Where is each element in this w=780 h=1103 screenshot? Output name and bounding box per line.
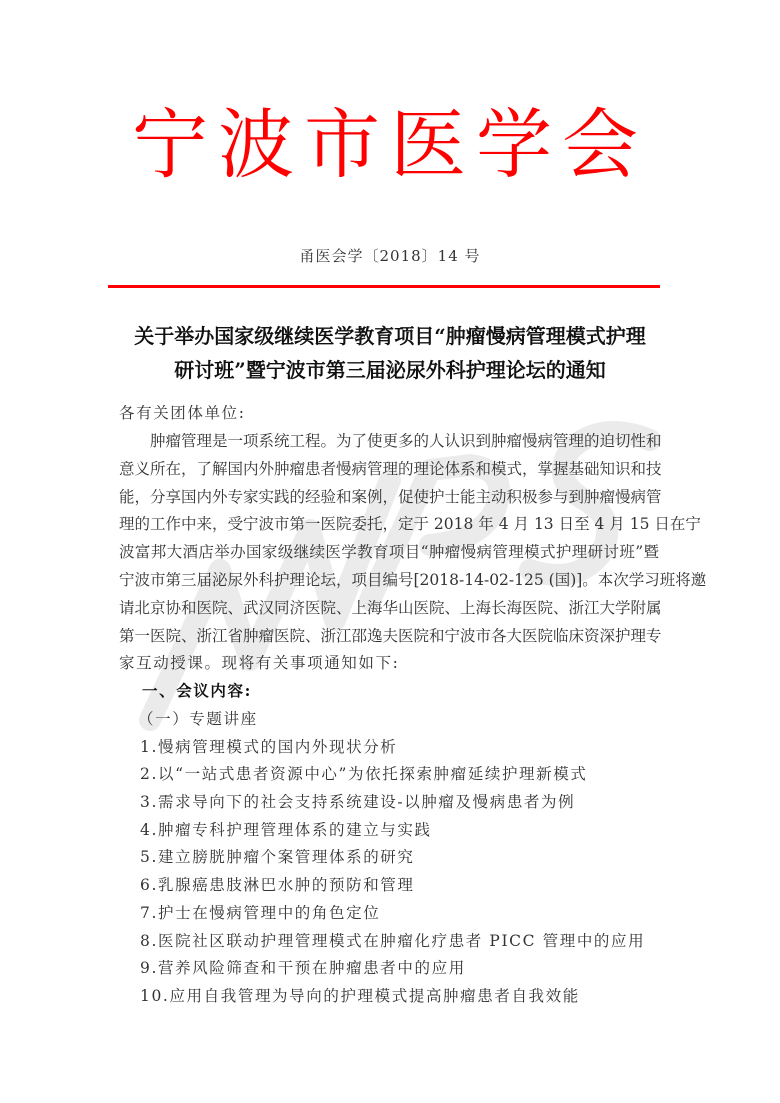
lecture-item: 9.营养风险筛查和干预在肿瘤患者中的应用 xyxy=(140,957,466,979)
notice-title-line-2: 研讨班”暨宁波市第三届泌尿外科护理论坛的通知 xyxy=(100,354,680,386)
header-divider xyxy=(108,285,660,288)
body-line: 波富邦大酒店举办国家级继续医学教育项目“肿瘤慢病管理模式护理研讨班”暨 xyxy=(119,541,659,563)
lecture-item: 4.肿瘤专科护理管理体系的建立与实践 xyxy=(140,819,432,841)
body-line: 能，分享国内外专家实践的经验和案例，促使护士能主动积极参与到肿瘤慢病管 xyxy=(119,486,659,508)
body-line: 宁波市第三届泌尿外科护理论坛，项目编号[2018-14-02-125 (国)]。… xyxy=(119,569,659,591)
body-line: 第一医院、浙江省肿瘤医院、浙江邵逸夫医院和宁波市各大医院临床资深护理专 xyxy=(119,625,659,647)
body-line: 肿瘤管理是一项系统工程。为了使更多的人认识到肿瘤慢病管理的迫切性和 xyxy=(119,430,659,452)
lecture-item: 6.乳腺癌患肢淋巴水肿的预防和管理 xyxy=(140,874,415,896)
lecture-item: 2.以“一站式患者资源中心”为依托探索肿瘤延续护理新模式 xyxy=(140,763,587,785)
body-line: 请北京协和医院、武汉同济医院、上海华山医院、上海长海医院、浙江大学附属 xyxy=(119,597,659,619)
subsection-heading: （一）专题讲座 xyxy=(138,708,258,730)
body-line: 理的工作中来，受宁波市第一医院委托，定于 2018 年 4 月 13 日至 4 … xyxy=(119,513,659,535)
body-line: 家互动授课。现将有关事项通知如下: xyxy=(119,652,399,674)
organization-title: 宁波市医学会 xyxy=(0,100,780,190)
body-line: 意义所在，了解国内外肿瘤患者慢病管理的理论体系和模式，掌握基础知识和技 xyxy=(119,458,659,480)
section-heading: 一、会议内容: xyxy=(142,680,252,702)
lecture-item: 10.应用自我管理为导向的护理模式提高肿瘤患者自我效能 xyxy=(140,985,580,1007)
lecture-item: 7.护士在慢病管理中的角色定位 xyxy=(140,902,380,924)
lecture-item: 3.需求导向下的社会支持系统建设-以肿瘤及慢病患者为例 xyxy=(140,791,575,813)
lecture-item: 8.医院社区联动护理管理模式在肿瘤化疗患者 PICC 管理中的应用 xyxy=(140,930,645,952)
document-number: 甬医会学〔2018〕14 号 xyxy=(0,246,780,266)
document-page: 宁波市医学会 甬医会学〔2018〕14 号 关于举办国家级继续医学教育项目“肿瘤… xyxy=(0,0,780,1103)
lecture-item: 1.慢病管理模式的国内外现状分析 xyxy=(140,736,397,758)
notice-title-line-1: 关于举办国家级继续医学教育项目“肿瘤慢病管理模式护理 xyxy=(100,320,680,352)
lecture-item: 5.建立膀胱肿瘤个案管理体系的研究 xyxy=(140,846,415,868)
salutation: 各有关团体单位: xyxy=(119,402,246,424)
